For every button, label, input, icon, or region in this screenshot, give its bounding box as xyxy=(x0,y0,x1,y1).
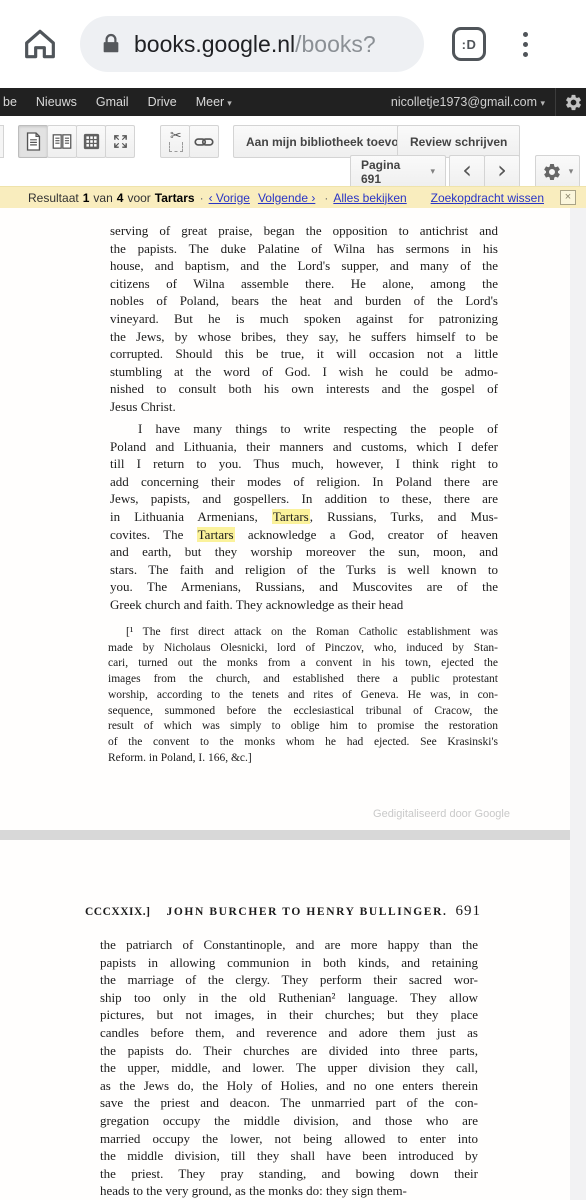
gbar-link-gmail[interactable]: Gmail xyxy=(96,95,129,109)
settings-gear-button[interactable] xyxy=(562,93,584,112)
page2-body: the patriarch of Constantinople, and are… xyxy=(100,936,478,1200)
tab-switcher-badge: :D xyxy=(462,37,477,52)
page-select-label: Pagina 691 xyxy=(361,158,423,186)
book-text-line: the upper, middle, and lower. The upper … xyxy=(100,1059,478,1077)
cut-off-button xyxy=(0,125,4,158)
scanned-page-691: CCCXXIX.] JOHN BURCHER TO HENRY BULLINGE… xyxy=(0,840,570,1200)
chevron-right-icon: › xyxy=(497,158,507,182)
book-text-line: Greek church and faith. They acknowledge… xyxy=(110,596,498,614)
thumbnail-grid-icon xyxy=(83,133,100,150)
book-text-line: the marriage of the clergy. They perform… xyxy=(100,971,478,989)
page-viewer: serving of great praise, began the oppos… xyxy=(0,208,586,1200)
book-text-line: the priest. They pray standing, and bowi… xyxy=(100,1165,478,1183)
book-text-line: pictures, but not images, in their churc… xyxy=(100,1006,478,1024)
more-label: Meer xyxy=(196,95,224,109)
book-text-line: you. The Armenians, Russians, and Muscov… xyxy=(110,578,498,596)
separator-dot: · xyxy=(200,191,204,205)
chevron-down-icon: ▾ xyxy=(569,166,574,177)
clip-button[interactable]: ✂ xyxy=(160,125,190,158)
previous-page-button[interactable]: ‹ xyxy=(449,155,485,188)
two-page-icon xyxy=(52,133,72,150)
gbar-link-drive[interactable]: Drive xyxy=(148,95,177,109)
book-text-line: add concerning their modes of religion. … xyxy=(110,473,498,491)
book-text-line: serving of great praise, began the oppos… xyxy=(110,222,498,240)
tab-switcher-button[interactable]: :D xyxy=(452,27,486,61)
gear-icon xyxy=(542,162,562,182)
scissors-icon: ✂ xyxy=(170,128,182,144)
close-search-bar-button[interactable]: × xyxy=(560,190,576,205)
book-text-line: covites. The Tartars acknowledge a God, … xyxy=(110,526,498,544)
book-text-line: result of which was simply to oblige him… xyxy=(108,719,498,735)
google-account-bar: be Nieuws Gmail Drive Meer▾ nicolletje19… xyxy=(0,88,586,116)
page2-running-header: CCCXXIX.] JOHN BURCHER TO HENRY BULLINGE… xyxy=(85,903,481,920)
book-text-line: house, and baptism, and the Lord's suppe… xyxy=(110,257,498,275)
two-page-view-button[interactable] xyxy=(47,125,77,158)
book-text-line: till I return to you. Thus much, however… xyxy=(110,455,498,473)
previous-result-link[interactable]: ‹ Vorige xyxy=(209,191,250,205)
page-select-dropdown[interactable]: Pagina 691 ▾ xyxy=(350,155,446,188)
close-icon: × xyxy=(565,191,571,203)
chevron-left-icon: ‹ xyxy=(462,158,472,182)
book-text-line: gregation occupy the middle division, an… xyxy=(100,1112,478,1130)
book-text-line: the Jews, by whose bribes, they say, he … xyxy=(110,328,498,346)
url-text: books.google.nl/books? xyxy=(134,31,376,58)
book-text-line: Jesus Christ. xyxy=(110,398,498,416)
separator-dot: · xyxy=(324,191,328,205)
book-text-line: sequence, summoned before the ecclesiast… xyxy=(108,704,498,720)
book-text-line: stumbling at the word of God. I wish he … xyxy=(110,363,498,381)
gbar-link-more[interactable]: Meer▾ xyxy=(196,95,232,109)
book-text-line: [¹ The first direct attack on the Roman … xyxy=(108,625,498,641)
book-text-line: save the priest and deacon. The unmarrie… xyxy=(100,1094,478,1112)
menu-dot xyxy=(523,52,528,57)
single-page-view-button[interactable] xyxy=(18,125,48,158)
book-text-line: cari, turned out the monks from a conven… xyxy=(108,656,498,672)
browser-toolbar: books.google.nl/books? :D xyxy=(0,0,586,88)
page-number: 691 xyxy=(456,903,482,920)
home-button[interactable] xyxy=(18,22,62,66)
letter-number: CCCXXIX.] xyxy=(85,906,151,918)
menu-dot xyxy=(523,32,528,37)
next-page-button[interactable]: › xyxy=(484,155,520,188)
book-text-line: heads to the very ground, as the monks d… xyxy=(100,1182,478,1200)
gbar-link-0[interactable]: be xyxy=(3,95,17,109)
fullscreen-button[interactable] xyxy=(105,125,135,158)
google-watermark: Gedigitaliseerd door Google xyxy=(373,808,510,820)
next-result-link[interactable]: Volgende › xyxy=(258,191,315,205)
page1-paragraph-2: I have many things to write respecting t… xyxy=(110,420,498,614)
url-host: books.google.nl xyxy=(134,31,295,57)
search-term: Tartars xyxy=(155,191,195,205)
gbar-link-nieuws[interactable]: Nieuws xyxy=(36,95,77,109)
url-bar[interactable]: books.google.nl/books? xyxy=(80,16,424,72)
url-path: /books? xyxy=(295,31,376,57)
divider xyxy=(555,88,556,116)
write-review-label: Review schrijven xyxy=(410,135,507,149)
page-divider xyxy=(0,830,570,840)
account-menu[interactable]: nicolletje1973@gmail.com ▾ xyxy=(391,95,545,109)
book-text-line: the papists do. Their churches are divid… xyxy=(100,1042,478,1060)
menu-dot xyxy=(523,42,528,47)
thumbnail-view-button[interactable] xyxy=(76,125,106,158)
book-text-line: candles before them, and reverence and a… xyxy=(100,1024,478,1042)
book-text-line: in Lithuania Armenians, Tartars, Russian… xyxy=(110,508,498,526)
clear-search-link[interactable]: Zoekopdracht wissen xyxy=(431,191,544,205)
result-total: 4 xyxy=(117,191,124,205)
book-text-line: of the convent to the monks whom he had … xyxy=(108,735,498,751)
chevron-down-icon: ▾ xyxy=(430,166,435,177)
book-text-line: married occupy the lower, not being allo… xyxy=(100,1130,478,1148)
book-text-line: Poland and Lithuania, their manners and … xyxy=(110,438,498,456)
book-text-line: corrupted. Should this be true, it will … xyxy=(110,345,498,363)
home-icon xyxy=(20,24,60,64)
view-all-results-link[interactable]: Alles bekijken xyxy=(333,191,406,205)
lock-icon xyxy=(100,33,122,55)
single-page-icon xyxy=(25,132,42,151)
book-text-line: Jews, papists, and gospellers. In additi… xyxy=(110,490,498,508)
book-text-line: worship, according to the tenets and rit… xyxy=(108,688,498,704)
book-text-line: Reform. in Poland, I. 166, &c.] xyxy=(108,751,498,767)
book-text-line: I have many things to write respecting t… xyxy=(110,420,498,438)
page1-footnote: [¹ The first direct attack on the Roman … xyxy=(108,625,498,766)
write-review-button[interactable]: Review schrijven xyxy=(397,125,520,158)
viewer-settings-button[interactable]: ▾ xyxy=(535,155,580,188)
book-text-line: and earth, but they worship moreover the… xyxy=(110,543,498,561)
link-button[interactable] xyxy=(189,125,219,158)
book-text-line: the papists. The duke Palatine of Wilna … xyxy=(110,240,498,258)
book-text-line: the middle division, till they shall hav… xyxy=(100,1147,478,1165)
account-email: nicolletje1973@gmail.com xyxy=(391,95,537,109)
book-text-line: images from the church, and established … xyxy=(108,672,498,688)
books-toolbar: ✂ Aan mijn bibliotheek toevoegen Review … xyxy=(0,116,586,186)
book-text-line: stars. The faith and religion of the Tur… xyxy=(110,561,498,579)
result-prefix: Resultaat xyxy=(28,191,79,205)
book-text-line: vineyard. But he is much spoken against … xyxy=(110,310,498,328)
book-text-line: nished to consult both his own interests… xyxy=(110,380,498,398)
page1-paragraph-1: serving of great praise, began the oppos… xyxy=(110,222,498,416)
gear-icon xyxy=(564,93,583,112)
book-text-line: citizens of Wilna assemble there. He alo… xyxy=(110,275,498,293)
book-text-line: papists in allowing communion in both ki… xyxy=(100,954,478,972)
screen: books.google.nl/books? :D be Nieuws Gmai… xyxy=(0,0,586,1200)
link-icon xyxy=(194,135,214,149)
book-text-line: the patriarch of Constantinople, and are… xyxy=(100,936,478,954)
result-number: 1 xyxy=(83,191,90,205)
running-title: JOHN BURCHER TO HENRY BULLINGER. xyxy=(167,906,448,918)
result-of: van xyxy=(93,191,112,205)
chevron-down-icon: ▾ xyxy=(227,98,232,108)
fullscreen-icon xyxy=(112,133,129,150)
book-text-line: nobles of Poland, bears the heat and bur… xyxy=(110,292,498,310)
book-text-line: as the Jews do, the Holy of Holies, and … xyxy=(100,1077,478,1095)
browser-menu-button[interactable] xyxy=(513,32,537,57)
scanned-page-690: serving of great praise, began the oppos… xyxy=(0,208,570,830)
book-text-line: ship too only in the old Ruthenian² lang… xyxy=(100,989,478,1007)
result-for: voor xyxy=(127,191,150,205)
book-text-line: made by Nicholaus Olesnicki, lord of Pin… xyxy=(108,641,498,657)
chevron-down-icon: ▾ xyxy=(540,98,545,108)
search-result-bar: Resultaat 1 van 4 voor Tartars · ‹ Vorig… xyxy=(0,186,586,208)
gbar-right: nicolletje1973@gmail.com ▾ xyxy=(391,88,586,116)
